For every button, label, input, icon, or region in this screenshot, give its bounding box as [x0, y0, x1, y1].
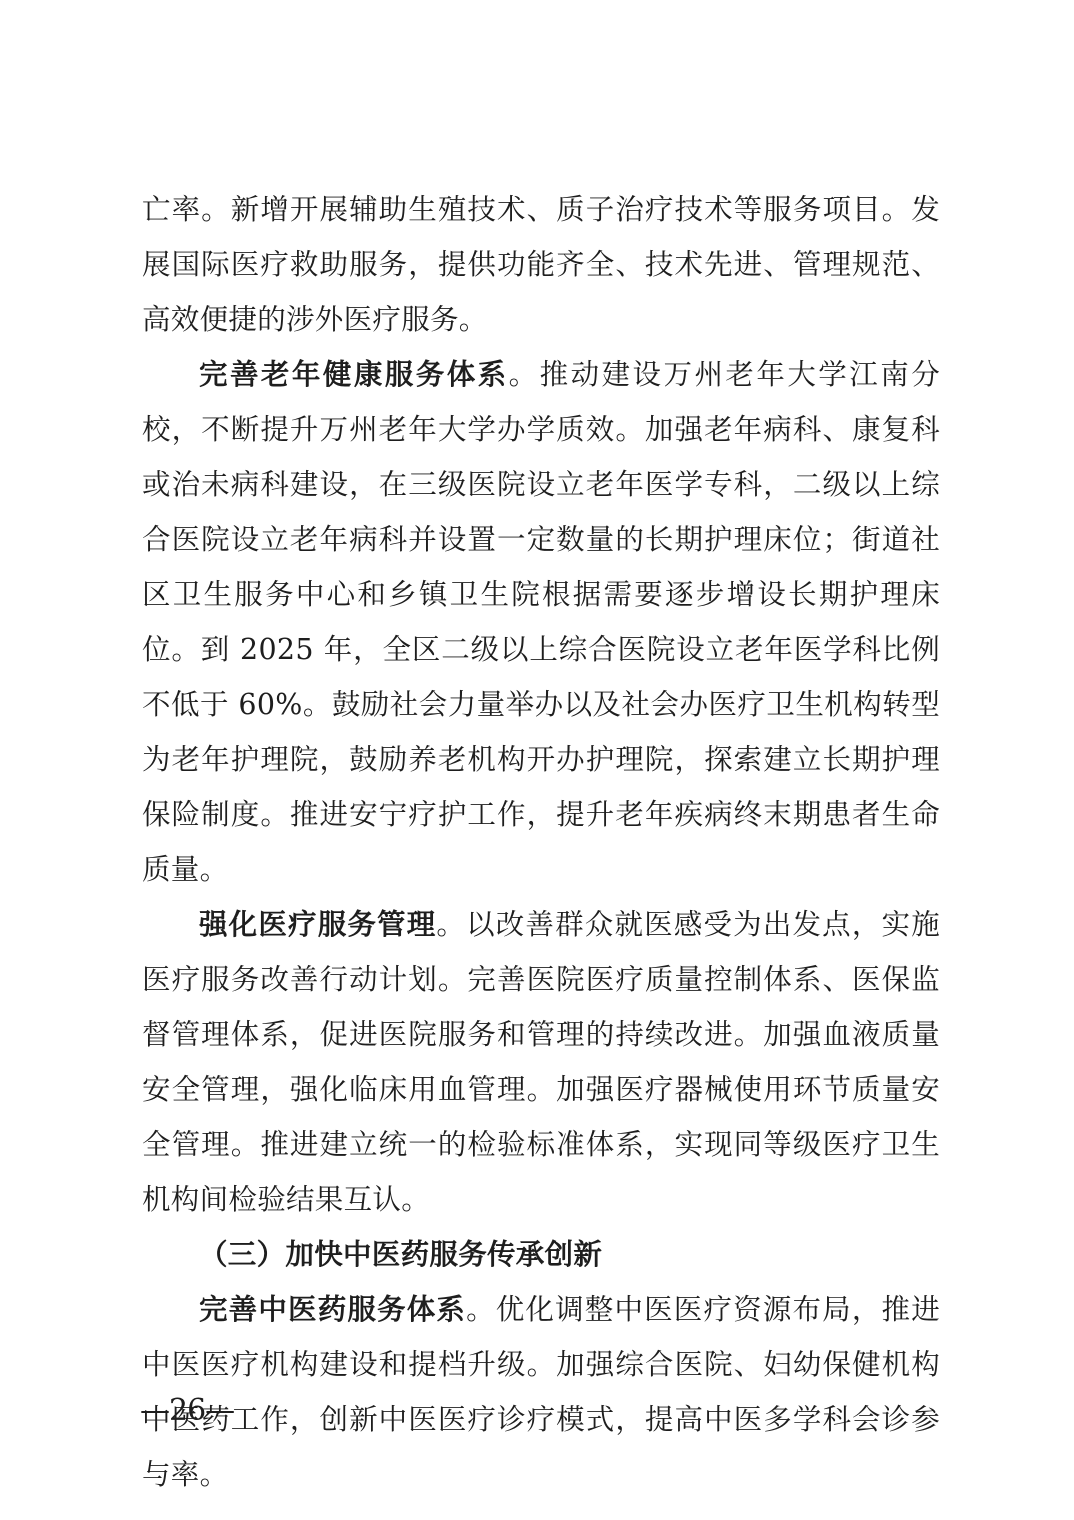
document-body: 亡率。新增开展辅助生殖技术、质子治疗技术等服务项目。发展国际医疗救助服务，提供功…: [142, 182, 940, 1502]
paragraph: 完善老年健康服务体系。推动建设万州老年大学江南分校，不断提升万州老年大学办学质效…: [142, 347, 940, 897]
emphasis-run: 完善中医药服务体系: [199, 1292, 466, 1326]
paragraph: 完善中医药服务体系。优化调整中医医疗资源布局，推进中医医疗机构建设和提档升级。加…: [142, 1282, 940, 1502]
document-page: 亡率。新增开展辅助生殖技术、质子治疗技术等服务项目。发展国际医疗救助服务，提供功…: [0, 0, 1074, 1520]
paragraph: 亡率。新增开展辅助生殖技术、质子治疗技术等服务项目。发展国际医疗救助服务，提供功…: [142, 182, 940, 347]
emphasis-run: （三）加快中医药服务传承创新: [199, 1237, 602, 1271]
text-run: 。以改善群众就医感受为出发点，实施医疗服务改善行动计划。完善医院医疗质量控制体系…: [142, 908, 940, 1216]
paragraph: 强化医疗服务管理。以改善群众就医感受为出发点，实施医疗服务改善行动计划。完善医院…: [142, 897, 940, 1227]
emphasis-run: 完善老年健康服务体系: [199, 357, 509, 391]
page-footer: —26—: [140, 1390, 234, 1432]
section-heading: （三）加快中医药服务传承创新: [142, 1227, 940, 1282]
text-run: 亡率。新增开展辅助生殖技术、质子治疗技术等服务项目。发展国际医疗救助服务，提供功…: [142, 193, 940, 336]
text-run: 。推动建设万州老年大学江南分校，不断提升万州老年大学办学质效。加强老年病科、康复…: [142, 358, 940, 886]
page-number: —26—: [140, 1393, 234, 1428]
emphasis-run: 强化医疗服务管理: [199, 907, 436, 941]
